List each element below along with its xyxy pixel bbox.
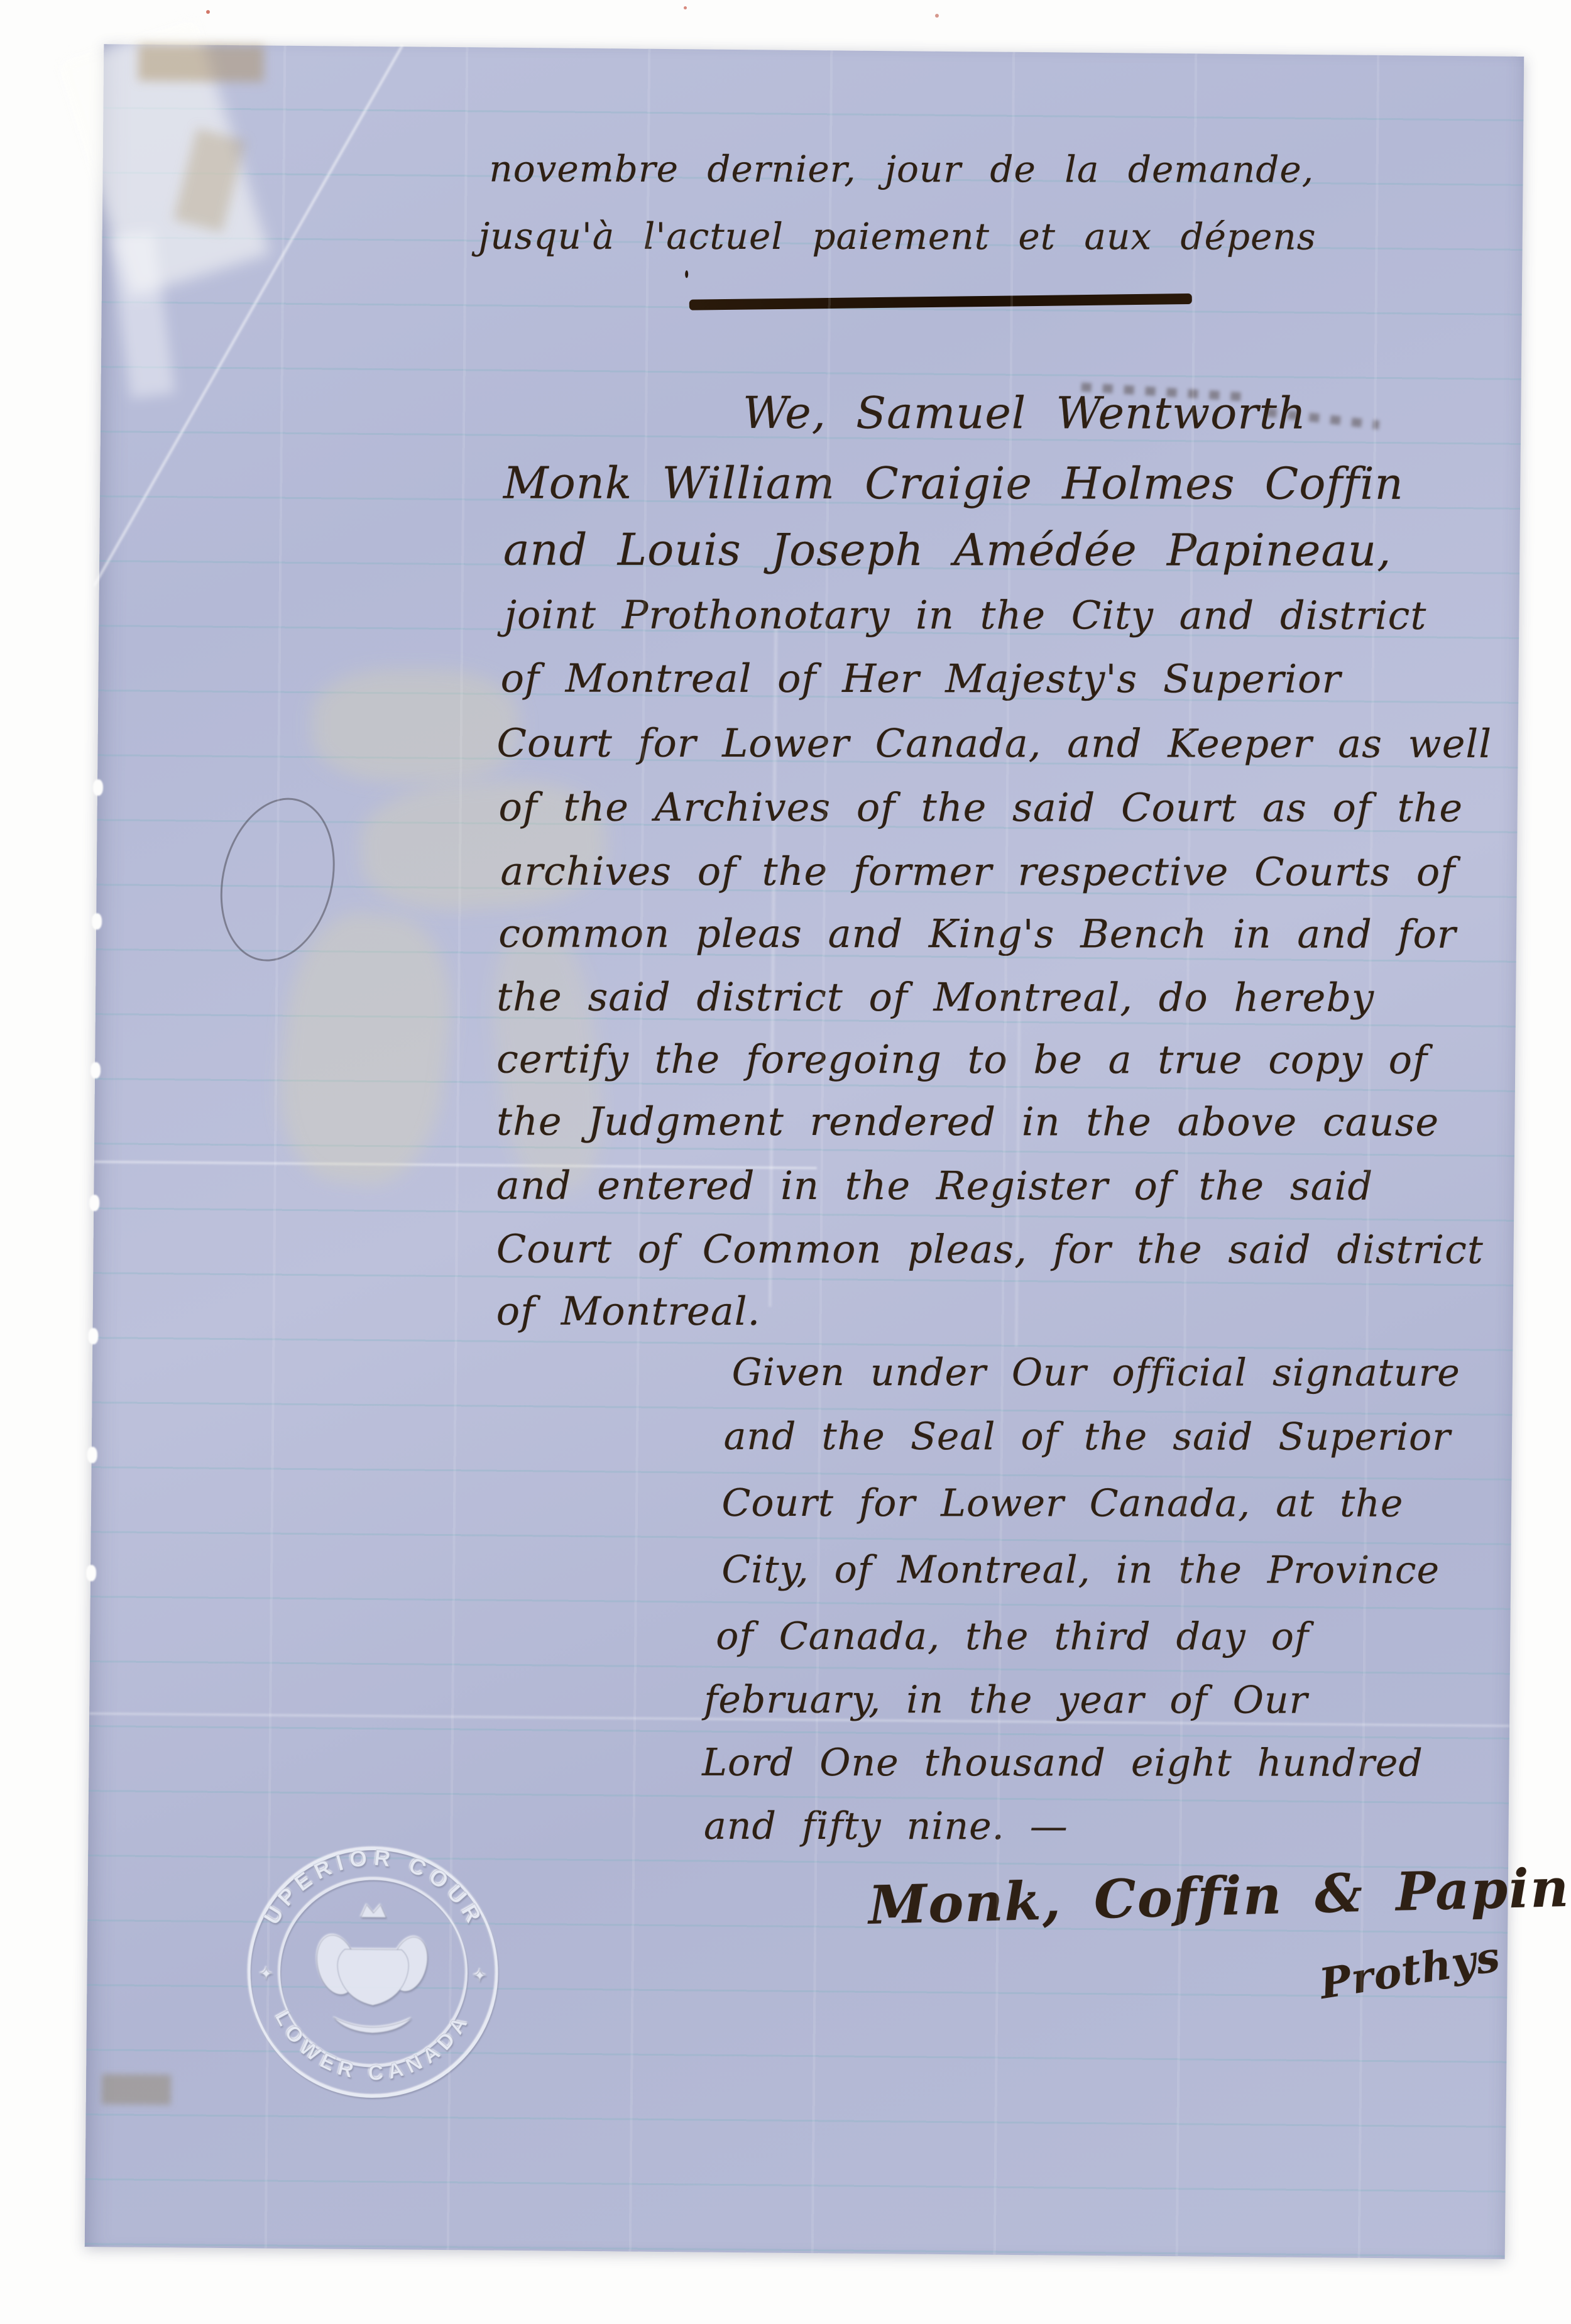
- scroll-shape: [334, 2018, 412, 2034]
- seal-top-textpath: SUPERIOR COURT: [240, 1839, 490, 1932]
- body-line: joint Prothonotary in the City and distr…: [505, 592, 1427, 639]
- given-line: Lord One thousand eight hundred: [702, 1741, 1423, 1785]
- signature-title: Prothys: [1316, 1932, 1504, 2009]
- dust-speck: [935, 14, 939, 18]
- body-line: Court for Lower Canada, and Keeper as we…: [497, 720, 1492, 767]
- body-line: and entered in the Register of the said: [496, 1163, 1373, 1209]
- french-line: novembre dernier, jour de la demande,: [489, 148, 1314, 191]
- seal-top-text: SUPERIOR COURT: [240, 1839, 490, 1932]
- body-line: the said district of Montreal, do hereby: [496, 974, 1374, 1021]
- dust-speck: [206, 10, 210, 14]
- signature: Monk, Coffin & Papineau: [868, 1853, 1571, 1936]
- given-line: february, in the year of Our: [704, 1678, 1308, 1723]
- star-icon: ✦: [260, 1964, 273, 1983]
- body-line: certify the foregoing to be a true copy …: [496, 1036, 1428, 1083]
- body-line: of the Archives of the said Court as of …: [498, 784, 1463, 831]
- given-line: and the Seal of the said Superior: [724, 1415, 1451, 1459]
- given-line: City, of Montreal, in the Province: [721, 1548, 1440, 1592]
- body-line: common pleas and King's Bench in and for: [498, 911, 1456, 957]
- given-line: Given under Our official signature: [732, 1351, 1460, 1395]
- given-line: and fifty nine. —: [704, 1804, 1068, 1849]
- body-line: archives of the former respective Courts…: [500, 848, 1455, 895]
- body-line: of Montreal.: [496, 1288, 761, 1334]
- coat-of-arms: [310, 1904, 433, 2034]
- given-line: of Canada, the third day of: [716, 1614, 1309, 1659]
- body-line: Monk William Craigie Holmes Coffin: [503, 458, 1404, 510]
- body-line: We, Samuel Wentworth: [743, 387, 1306, 439]
- star-icon: ✦: [473, 1966, 487, 1985]
- shield-shape: [337, 1949, 409, 2006]
- body-line: and Louis Joseph Amédée Papineau,: [503, 524, 1392, 576]
- body-line: of Montreal of Her Majesty's Superior: [501, 655, 1342, 702]
- court-seal: SUPERIOR COURT LOWER CANADA ✦ ✦: [240, 1839, 506, 2106]
- scanned-document: novembre dernier, jour de la demande, ju…: [0, 0, 1571, 2324]
- paper-sheet: novembre dernier, jour de la demande, ju…: [85, 44, 1524, 2259]
- given-line: Court for Lower Canada, at the: [721, 1481, 1403, 1526]
- dust-speck: [684, 6, 687, 9]
- crown-shape: [361, 1905, 386, 1917]
- body-line: the Judgment rendered in the above cause: [496, 1099, 1439, 1145]
- french-line: jusqu'à l'actuel paiement et aux dépens: [478, 215, 1316, 258]
- body-line: Court of Common pleas, for the said dist…: [496, 1226, 1484, 1273]
